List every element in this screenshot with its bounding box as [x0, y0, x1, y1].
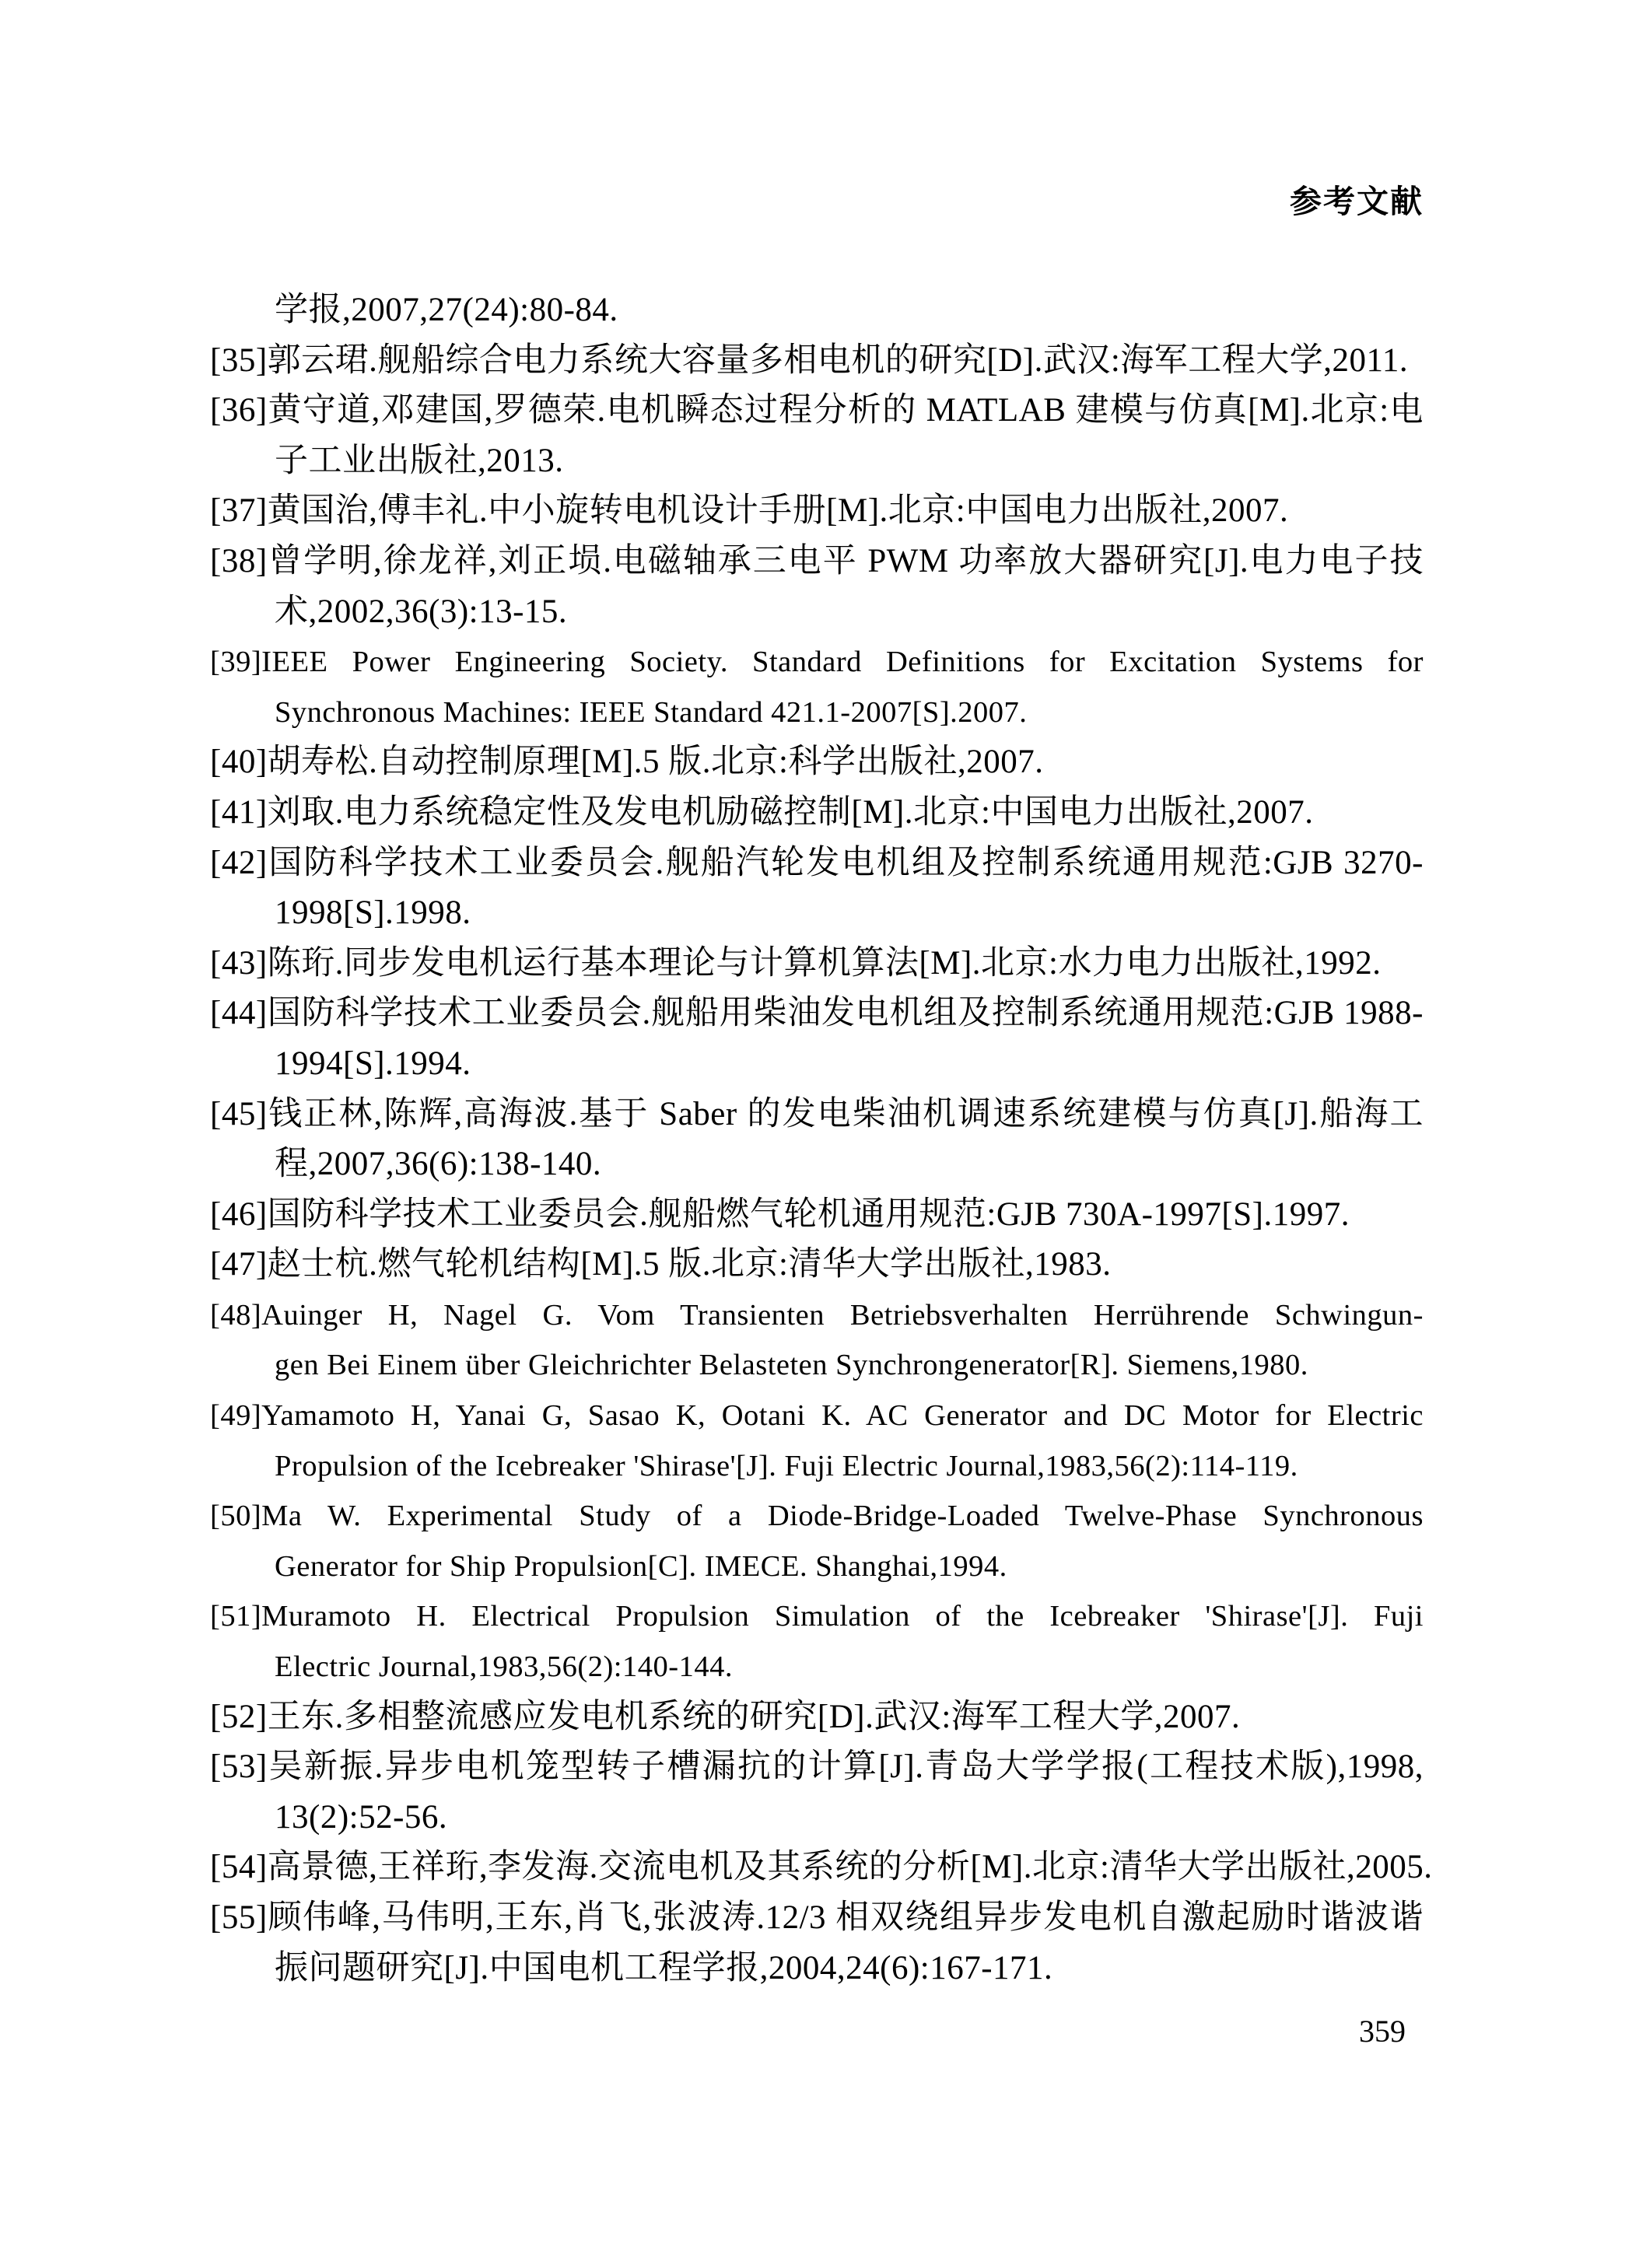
reference-line: Generator for Ship Propulsion[C]. IMECE.…: [210, 1542, 1424, 1592]
reference-entry: [47]赵士杭.燃气轮机结构[M].5 版.北京:清华大学出版社,1983.: [210, 1240, 1424, 1290]
reference-line: [48]Auinger H, Nagel G. Vom Transienten …: [210, 1290, 1424, 1341]
references-list: 学报,2007,27(24):80-84.[35]郭云珺.舰船综合电力系统大容量…: [210, 285, 1424, 1993]
reference-entry: [35]郭云珺.舰船综合电力系统大容量多相电机的研究[D].武汉:海军工程大学,…: [210, 336, 1424, 387]
reference-entry: [36]黄守道,邓建国,罗德荣.电机瞬态过程分析的 MATLAB 建模与仿真[M…: [210, 386, 1424, 486]
reference-line: Synchronous Machines: IEEE Standard 421.…: [210, 688, 1424, 738]
reference-line: 振问题研究[J].中国电机工程学报,2004,24(6):167-171.: [210, 1944, 1424, 1994]
page-number: 359: [1359, 2016, 1406, 2047]
reference-line: [36]黄守道,邓建国,罗德荣.电机瞬态过程分析的 MATLAB 建模与仿真[M…: [210, 386, 1424, 436]
reference-line: gen Bei Einem über Gleichrichter Belaste…: [210, 1340, 1424, 1391]
reference-line: [40]胡寿松.自动控制原理[M].5 版.北京:科学出版社,2007.: [210, 737, 1424, 788]
reference-entry: [37]黄国治,傅丰礼.中小旋转电机设计手册[M].北京:中国电力出版社,200…: [210, 486, 1424, 537]
reference-line: 1998[S].1998.: [210, 888, 1424, 939]
reference-entry: [55]顾伟峰,马伟明,王东,肖飞,张波涛.12/3 相双绕组异步发电机自激起励…: [210, 1893, 1424, 1993]
reference-entry: [50]Ma W. Experimental Study of a Diode-…: [210, 1491, 1424, 1591]
reference-entry: [45]钱正林,陈辉,高海波.基于 Saber 的发电柴油机调速系统建模与仿真[…: [210, 1090, 1424, 1190]
reference-entry: [51]Muramoto H. Electrical Propulsion Si…: [210, 1591, 1424, 1692]
reference-entry: [39]IEEE Power Engineering Society. Stan…: [210, 637, 1424, 737]
reference-line: [38]曾学明,徐龙祥,刘正埙.电磁轴承三电平 PWM 功率放大器研究[J].电…: [210, 537, 1424, 587]
reference-entry: [42]国防科学技术工业委员会.舰船汽轮发电机组及控制系统通用规范:GJB 32…: [210, 838, 1424, 939]
book-page: 参考文献 学报,2007,27(24):80-84.[35]郭云珺.舰船综合电力…: [0, 0, 1625, 2268]
reference-line: Propulsion of the Icebreaker 'Shirase'[J…: [210, 1441, 1424, 1492]
reference-line: 术,2002,36(3):13-15.: [210, 587, 1424, 638]
reference-line: 子工业出版社,2013.: [210, 436, 1424, 487]
reference-line: 学报,2007,27(24):80-84.: [210, 285, 1424, 336]
reference-entry: [38]曾学明,徐龙祥,刘正埙.电磁轴承三电平 PWM 功率放大器研究[J].电…: [210, 537, 1424, 637]
reference-line: [50]Ma W. Experimental Study of a Diode-…: [210, 1491, 1424, 1542]
reference-line: 1994[S].1994.: [210, 1039, 1424, 1090]
reference-line: [55]顾伟峰,马伟明,王东,肖飞,张波涛.12/3 相双绕组异步发电机自激起励…: [210, 1893, 1424, 1944]
reference-entry: [53]吴新振.异步电机笼型转子槽漏抗的计算[J].青岛大学学报(工程技术版),…: [210, 1742, 1424, 1843]
reference-entry: [40]胡寿松.自动控制原理[M].5 版.北京:科学出版社,2007.: [210, 737, 1424, 788]
reference-line: [35]郭云珺.舰船综合电力系统大容量多相电机的研究[D].武汉:海军工程大学,…: [210, 336, 1424, 387]
page-header: 参考文献: [210, 184, 1424, 220]
reference-entry: [54]高景德,王祥珩,李发海.交流电机及其系统的分析[M].北京:清华大学出版…: [210, 1843, 1424, 1893]
reference-line: 13(2):52-56.: [210, 1793, 1424, 1843]
reference-entry: 学报,2007,27(24):80-84.: [210, 285, 1424, 336]
reference-line: [53]吴新振.异步电机笼型转子槽漏抗的计算[J].青岛大学学报(工程技术版),…: [210, 1742, 1424, 1793]
reference-line: [54]高景德,王祥珩,李发海.交流电机及其系统的分析[M].北京:清华大学出版…: [210, 1843, 1424, 1893]
reference-entry: [49]Yamamoto H, Yanai G, Sasao K, Ootani…: [210, 1391, 1424, 1491]
reference-entry: [41]刘取.电力系统稳定性及发电机励磁控制[M].北京:中国电力出版社,200…: [210, 788, 1424, 838]
chapter-title: 参考文献: [1290, 184, 1424, 219]
reference-entry: [43]陈珩.同步发电机运行基本理论与计算机算法[M].北京:水力电力出版社,1…: [210, 939, 1424, 989]
reference-line: [42]国防科学技术工业委员会.舰船汽轮发电机组及控制系统通用规范:GJB 32…: [210, 838, 1424, 889]
reference-line: [52]王东.多相整流感应发电机系统的研究[D].武汉:海军工程大学,2007.: [210, 1692, 1424, 1743]
reference-line: Electric Journal,1983,56(2):140-144.: [210, 1642, 1424, 1692]
reference-line: [37]黄国治,傅丰礼.中小旋转电机设计手册[M].北京:中国电力出版社,200…: [210, 486, 1424, 537]
reference-line: [49]Yamamoto H, Yanai G, Sasao K, Ootani…: [210, 1391, 1424, 1441]
reference-line: [41]刘取.电力系统稳定性及发电机励磁控制[M].北京:中国电力出版社,200…: [210, 788, 1424, 838]
reference-line: [44]国防科学技术工业委员会.舰船用柴油发电机组及控制系统通用规范:GJB 1…: [210, 989, 1424, 1039]
reference-line: [47]赵士杭.燃气轮机结构[M].5 版.北京:清华大学出版社,1983.: [210, 1240, 1424, 1290]
reference-line: [43]陈珩.同步发电机运行基本理论与计算机算法[M].北京:水力电力出版社,1…: [210, 939, 1424, 989]
reference-entry: [46]国防科学技术工业委员会.舰船燃气轮机通用规范:GJB 730A-1997…: [210, 1190, 1424, 1241]
reference-entry: [52]王东.多相整流感应发电机系统的研究[D].武汉:海军工程大学,2007.: [210, 1692, 1424, 1743]
reference-line: 程,2007,36(6):138-140.: [210, 1139, 1424, 1190]
reference-line: [45]钱正林,陈辉,高海波.基于 Saber 的发电柴油机调速系统建模与仿真[…: [210, 1090, 1424, 1140]
reference-entry: [48]Auinger H, Nagel G. Vom Transienten …: [210, 1290, 1424, 1391]
reference-line: [39]IEEE Power Engineering Society. Stan…: [210, 637, 1424, 688]
reference-line: [46]国防科学技术工业委员会.舰船燃气轮机通用规范:GJB 730A-1997…: [210, 1190, 1424, 1241]
reference-line: [51]Muramoto H. Electrical Propulsion Si…: [210, 1591, 1424, 1642]
reference-entry: [44]国防科学技术工业委员会.舰船用柴油发电机组及控制系统通用规范:GJB 1…: [210, 989, 1424, 1089]
